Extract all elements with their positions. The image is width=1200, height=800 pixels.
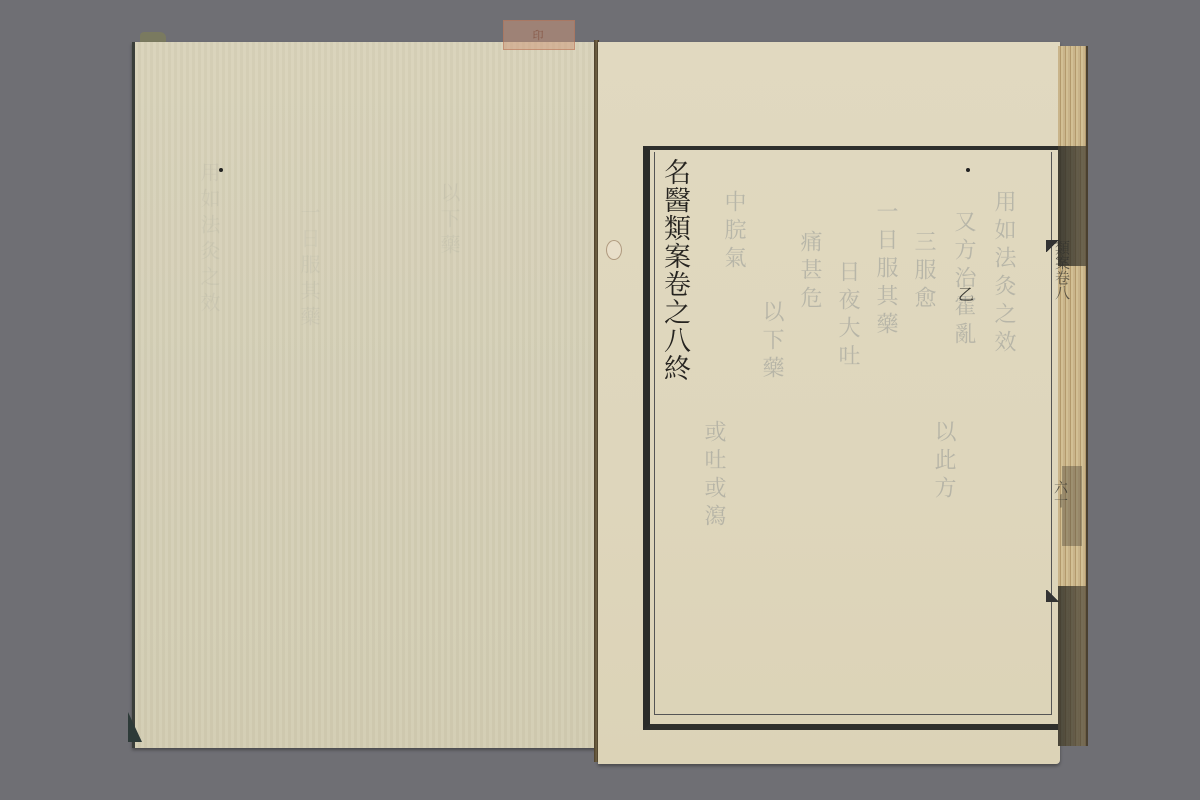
- bleed-column: 中脘氣: [720, 190, 746, 274]
- bleed-column: 或吐或瀉: [700, 420, 726, 532]
- colophon-title: 名醫類案卷之八終: [654, 158, 694, 382]
- left-page-showthrough: 用如法灸之效: [195, 162, 224, 318]
- bleed-column: 日夜大吐: [834, 260, 860, 372]
- ink-speck: [219, 168, 223, 172]
- open-book: 用如法灸之效 一日服其藥 以下藥 印 用如法灸之效 又方治霍亂 三服愈 一日服其…: [0, 0, 1200, 800]
- bleed-column: 一日服其藥: [872, 200, 898, 340]
- left-page-showthrough: 以下藥: [435, 182, 464, 260]
- banxin-title: 類案卷八: [1048, 240, 1072, 300]
- left-page-showthrough: 一日服其藥: [295, 202, 324, 332]
- bleed-column: 三服愈: [910, 230, 936, 314]
- bleed-column: 痛甚危: [796, 230, 822, 314]
- collection-stamp: 印: [503, 20, 575, 50]
- banxin-juan: 卷八: [1053, 270, 1071, 300]
- corner-damage: [128, 712, 142, 742]
- fore-edge: [1058, 46, 1088, 746]
- fish-tail-bottom-icon: [1046, 590, 1060, 602]
- banxin-folio: 六十: [1050, 480, 1070, 508]
- paper-wormhole: [606, 240, 622, 260]
- ink-speck: [966, 168, 970, 172]
- bleed-column: 以此方: [930, 420, 956, 504]
- fore-edge-ink-bottom: [1058, 586, 1086, 746]
- marginal-mark: 乙: [958, 282, 974, 305]
- left-page: 用如法灸之效 一日服其藥 以下藥: [132, 42, 597, 748]
- bleed-column: 又方治霍亂: [950, 210, 976, 350]
- banxin-book-title: 類案: [1053, 240, 1071, 270]
- bleed-column: 以下藥: [758, 300, 784, 384]
- bleed-column: 用如法灸之效: [990, 190, 1016, 358]
